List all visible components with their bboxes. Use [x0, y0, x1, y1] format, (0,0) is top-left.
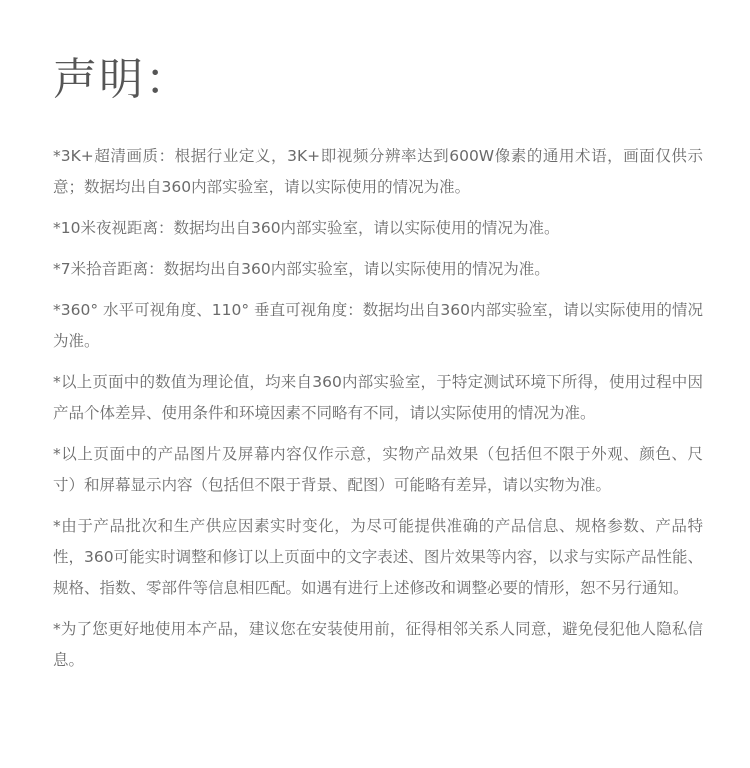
disclaimer-page: 声明： *3K+超清画质：根据行业定义，3K+即视频分辨率达到600W像素的通用… — [0, 0, 750, 768]
note-image-quality: *3K+超清画质：根据行业定义，3K+即视频分辨率达到600W像素的通用术语，画… — [53, 141, 703, 203]
note-viewing-angle: *360° 水平可视角度、110° 垂直可视角度：数据均出自360内部实验室，请… — [53, 295, 703, 357]
note-privacy: *为了您更好地使用本产品，建议您在安装使用前，征得相邻关系人同意，避免侵犯他人隐… — [53, 614, 703, 676]
note-audio-pickup: *7米拾音距离：数据均出自360内部实验室，请以实际使用的情况为准。 — [53, 254, 703, 285]
disclaimer-notes: *3K+超清画质：根据行业定义，3K+即视频分辨率达到600W像素的通用术语，画… — [53, 141, 703, 686]
note-night-vision: *10米夜视距离：数据均出自360内部实验室，请以实际使用的情况为准。 — [53, 213, 703, 244]
note-theoretical-values: *以上页面中的数值为理论值，均来自360内部实验室，于特定测试环境下所得，使用过… — [53, 367, 703, 429]
note-content-updates: *由于产品批次和生产供应因素实时变化，为尽可能提供准确的产品信息、规格参数、产品… — [53, 511, 703, 604]
note-product-images: *以上页面中的产品图片及屏幕内容仅作示意，实物产品效果（包括但不限于外观、颜色、… — [53, 439, 703, 501]
page-title: 声明： — [53, 50, 191, 110]
